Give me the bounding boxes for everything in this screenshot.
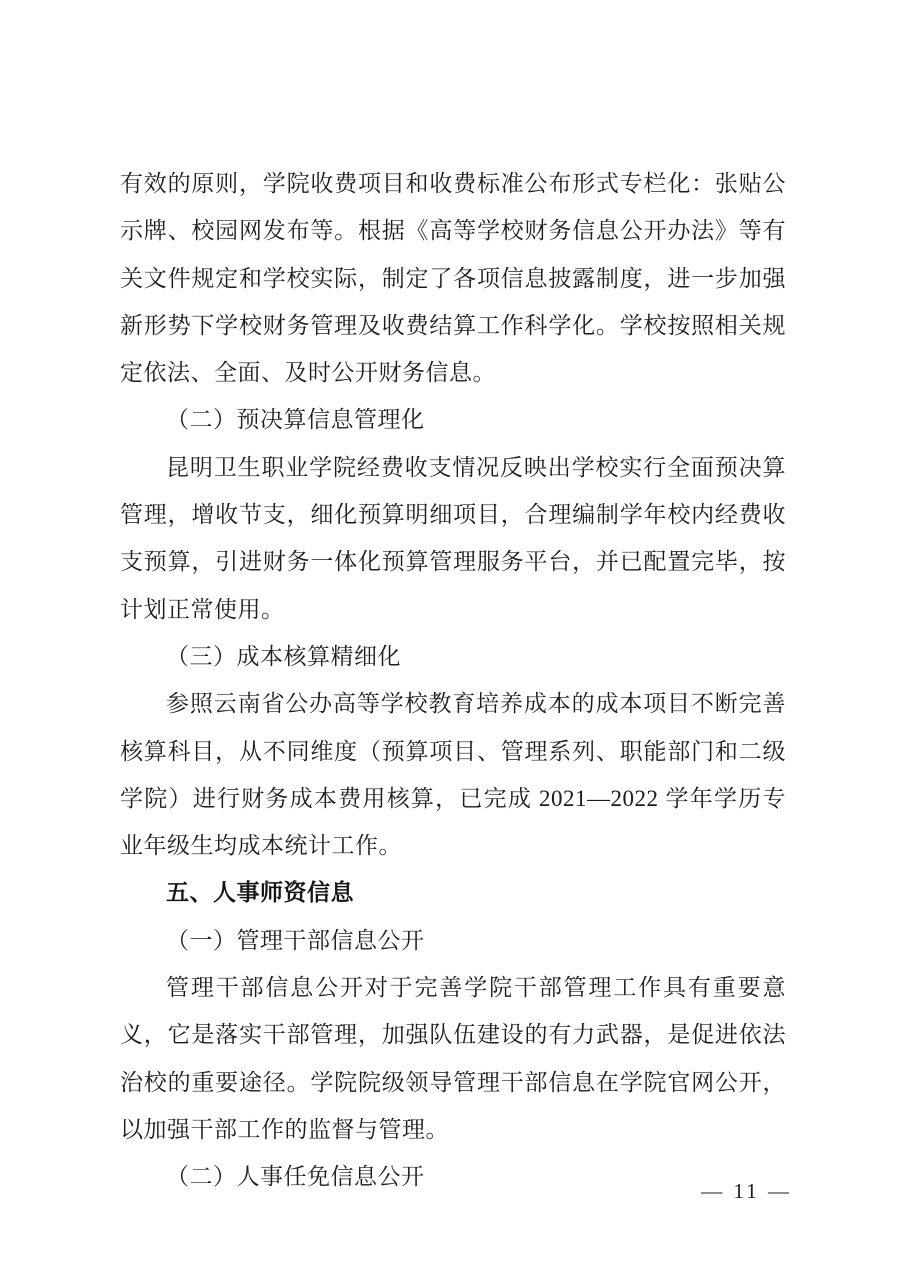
subsection-heading-budget-info: （二）预决算信息管理化	[120, 396, 786, 443]
paragraph-cadre-info: 管理干部信息公开对于完善学院干部管理工作具有重要意义，它是落实干部管理，加强队伍…	[120, 964, 786, 1153]
subsection-heading-cost-accounting: （三）成本核算精细化	[120, 633, 786, 680]
document-page: 有效的原则，学院收费项目和收费标准公布形式专栏化：张贴公示牌、校园网发布等。根据…	[0, 0, 904, 1280]
subsection-heading-cadre-info: （一）管理干部信息公开	[120, 917, 786, 964]
document-body: 有效的原则，学院收费项目和收费标准公布形式专栏化：张贴公示牌、校园网发布等。根据…	[120, 160, 786, 1201]
section-heading-personnel-info: 五、人事师资信息	[120, 869, 786, 916]
paragraph-cost-accounting: 参照云南省公办高等学校教育培养成本的成本项目不断完善核算科目，从不同维度（预算项…	[120, 680, 786, 869]
page-number: — 11 —	[701, 1179, 792, 1204]
subsection-heading-appointment-info: （二）人事任免信息公开	[120, 1153, 786, 1200]
paragraph-fee-publicity: 有效的原则，学院收费项目和收费标准公布形式专栏化：张贴公示牌、校园网发布等。根据…	[120, 160, 786, 396]
paragraph-budget-management: 昆明卫生职业学院经费收支情况反映出学校实行全面预决算管理，增收节支，细化预算明细…	[120, 444, 786, 633]
